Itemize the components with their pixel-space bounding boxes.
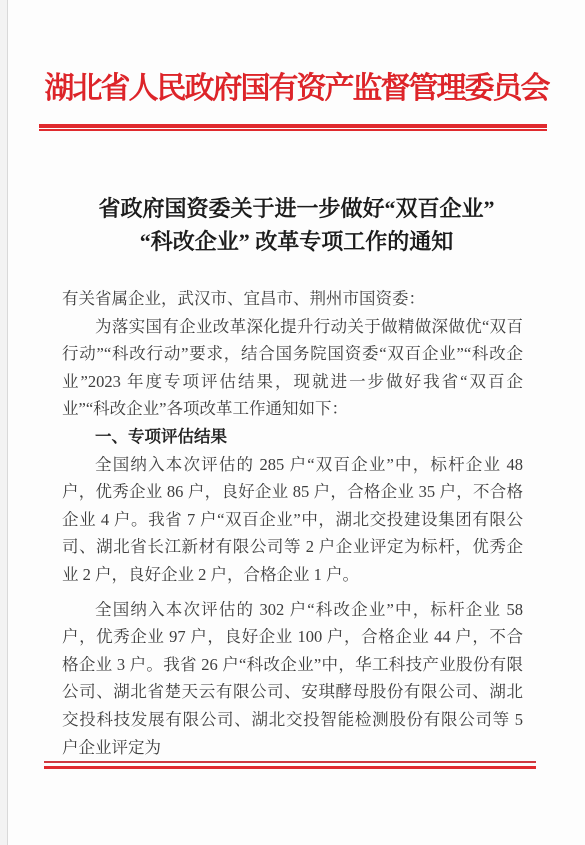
document-title-line2: “科改企业” 改革专项工作的通知	[8, 225, 585, 258]
letterhead-rule-thick-line	[39, 124, 547, 128]
shuangbai-results-paragraph: 全国纳入本次评估的 285 户“双百企业”中，标杆企业 48 户，优秀企业 86…	[62, 451, 523, 589]
document-title-line1: 省政府国资委关于进一步做好“双百企业”	[8, 192, 585, 225]
footer-rule-thin-line	[44, 761, 536, 763]
section-1-heading: 一、专项评估结果	[62, 423, 523, 451]
document-page: 湖北省人民政府国有资产监督管理委员会 省政府国资委关于进一步做好“双百企业” “…	[0, 0, 585, 845]
kegai-results-paragraph: 全国纳入本次评估的 302 户“科改企业”中，标杆企业 58 户，优秀企业 97…	[62, 596, 523, 762]
intro-paragraph: 为落实国有企业改革深化提升行动关于做精做深做优“双百行动”“科改行动”要求，结合…	[62, 313, 523, 423]
addressee-line: 有关省属企业，武汉市、宜昌市、荆州市国资委：	[62, 285, 523, 313]
letterhead-double-rule	[39, 124, 547, 131]
document-title: 省政府国资委关于进一步做好“双百企业” “科改企业” 改革专项工作的通知	[8, 192, 585, 258]
scan-edge-strip	[0, 0, 8, 845]
document-body: 有关省属企业，武汉市、宜昌市、荆州市国资委： 为落实国有企业改革深化提升行动关于…	[62, 285, 523, 761]
footer-rule-thick-line	[44, 766, 536, 769]
letterhead-rule-thin-line	[39, 129, 547, 131]
footer-double-rule	[44, 761, 536, 769]
letterhead-org-name: 湖北省人民政府国有资产监督管理委员会	[8, 63, 585, 107]
